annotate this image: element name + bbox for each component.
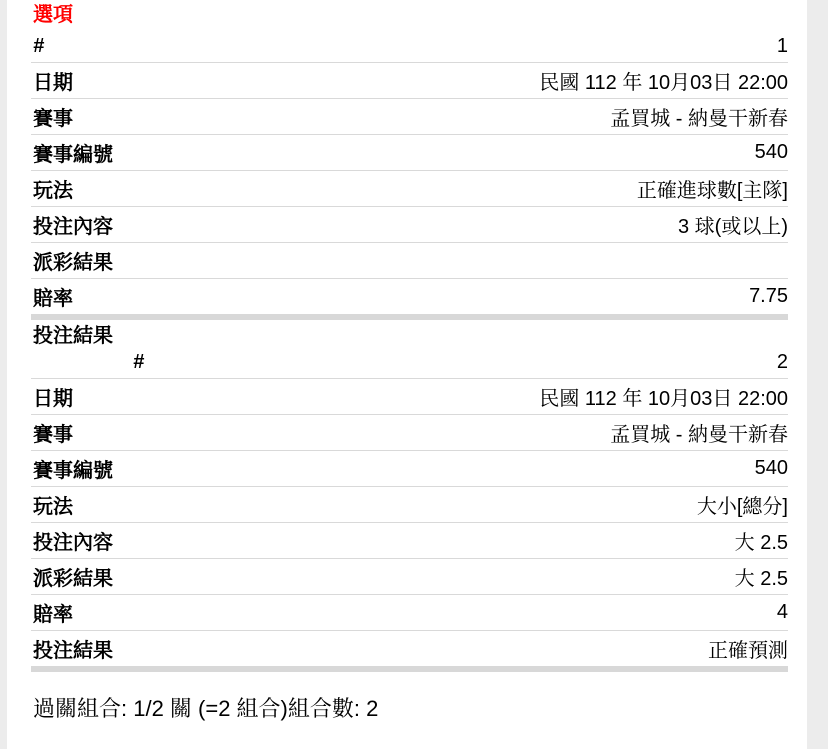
hash-label: #	[133, 351, 144, 374]
field-label: 投注結果	[33, 634, 113, 663]
row-bet-result: 投注結果	[31, 320, 788, 346]
field-label: 投注結果	[33, 319, 113, 348]
field-value: 3 球(或以上)	[678, 210, 788, 239]
row-date: 日期 民國 112 年 10月03日 22:00	[31, 379, 788, 415]
field-label: 賽事	[33, 418, 73, 447]
row-event: 賽事 孟買城 - 納曼干新春	[31, 99, 788, 135]
field-value: 正確預測	[708, 634, 788, 663]
row-bet-result: 投注結果 正確預測	[31, 631, 788, 666]
field-value: 民國 112 年 10月03日 22:00	[539, 66, 788, 95]
field-label: 派彩結果	[33, 562, 113, 591]
row-payout-result: 派彩結果 大 2.5	[31, 559, 788, 595]
section-divider-band	[31, 666, 788, 672]
bet-details-panel: 選項 # 1 日期 民國 112 年 10月03日 22:00 賽事 孟買城 -…	[7, 0, 807, 749]
row-selection-number: # 1	[31, 30, 788, 63]
row-payout-result: 派彩結果	[31, 243, 788, 279]
selection-2: # 2 日期 民國 112 年 10月03日 22:00 賽事 孟買城 - 納曼…	[7, 346, 807, 672]
row-odds: 賠率 4	[31, 595, 788, 631]
field-value: 大小[總分]	[697, 490, 788, 519]
field-label: 派彩結果	[33, 246, 113, 275]
row-event: 賽事 孟買城 - 納曼干新春	[31, 415, 788, 451]
field-value: 540	[755, 141, 788, 164]
row-play-type: 玩法 大小[總分]	[31, 487, 788, 523]
field-label: 賽事編號	[33, 138, 113, 167]
field-label: 投注內容	[33, 526, 113, 555]
field-value: 大 2.5	[735, 526, 788, 555]
field-value: 民國 112 年 10月03日 22:00	[539, 382, 788, 411]
field-label: 賠率	[33, 598, 73, 627]
field-label: 賠率	[33, 282, 73, 311]
row-bet-content: 投注內容 3 球(或以上)	[31, 207, 788, 243]
field-label: 日期	[33, 382, 73, 411]
field-label: 玩法	[33, 174, 73, 203]
selection-number-value: 2	[777, 351, 788, 374]
field-value: 孟買城 - 納曼干新春	[610, 102, 788, 131]
hash-label: #	[33, 35, 44, 58]
row-event-id: 賽事編號 540	[31, 135, 788, 171]
field-value: 大 2.5	[735, 562, 788, 591]
field-value: 540	[755, 457, 788, 480]
field-value: 7.75	[749, 285, 788, 308]
field-value: 4	[777, 601, 788, 624]
parlay-summary: 過關組合: 1/2 關 (=2 組合)組合數: 2	[31, 692, 788, 723]
field-label: 賽事	[33, 102, 73, 131]
row-date: 日期 民國 112 年 10月03日 22:00	[31, 63, 788, 99]
row-bet-content: 投注內容 大 2.5	[31, 523, 788, 559]
row-event-id: 賽事編號 540	[31, 451, 788, 487]
field-value: 正確進球數[主隊]	[637, 174, 788, 203]
field-label: 玩法	[33, 490, 73, 519]
selection-1: # 1 日期 民國 112 年 10月03日 22:00 賽事 孟買城 - 納曼…	[7, 30, 807, 346]
row-odds: 賠率 7.75	[31, 279, 788, 314]
selection-number-value: 1	[777, 35, 788, 58]
row-play-type: 玩法 正確進球數[主隊]	[31, 171, 788, 207]
field-label: 賽事編號	[33, 454, 113, 483]
row-selection-number: # 2	[31, 346, 788, 379]
field-value: 孟買城 - 納曼干新春	[610, 418, 788, 447]
field-label: 投注內容	[33, 210, 113, 239]
page-title: 選項	[31, 0, 788, 30]
field-label: 日期	[33, 66, 73, 95]
